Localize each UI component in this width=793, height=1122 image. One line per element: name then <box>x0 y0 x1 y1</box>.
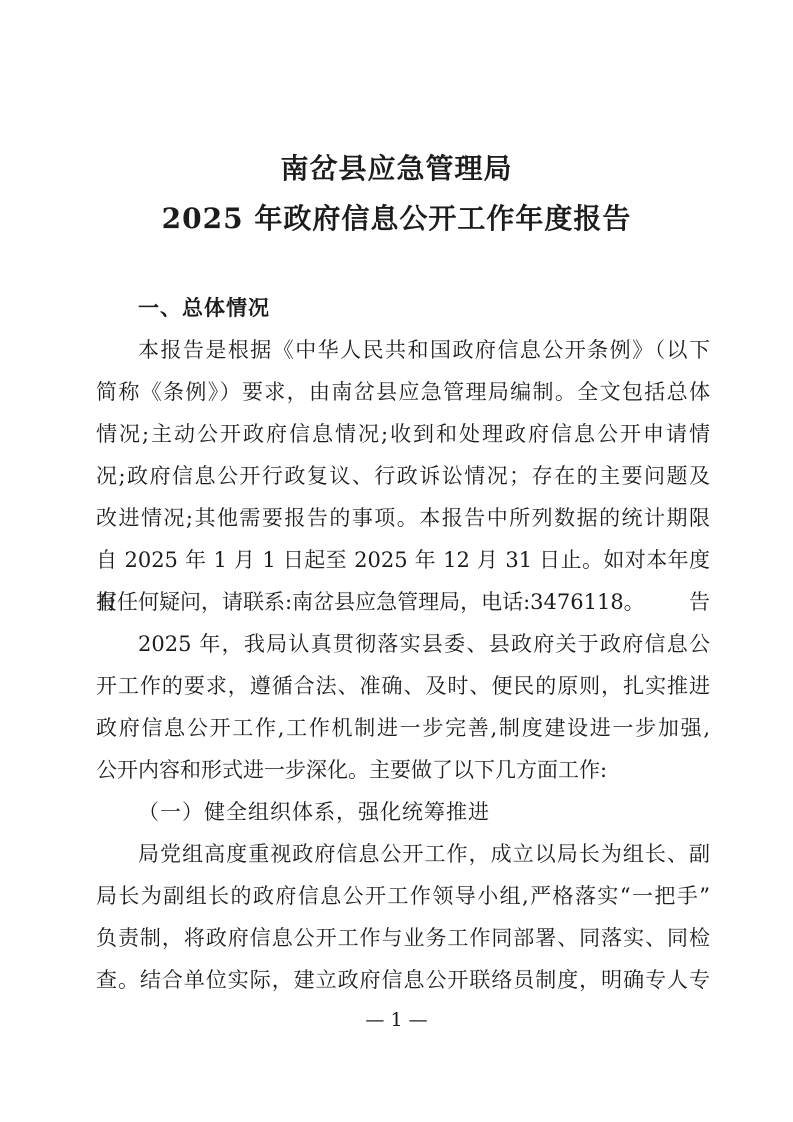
document-body: 一、总体情况 本报告是根据《中华人民共和国政府信息公开条例》（以下 简称《条例》… <box>96 287 710 1001</box>
paragraph-line: 局长为副组长的政府信息公开工作领导小组,严格落实“一把手” <box>96 875 710 917</box>
paragraph-line: 政府信息公开工作,工作机制进一步完善,制度建设进一步加强, <box>96 707 710 749</box>
paragraph-line: 2025 年，我局认真贯彻落实县委、县政府关于政府信息公 <box>96 623 710 665</box>
paragraph-line: 查。结合单位实际，建立政府信息公开联络员制度，明确专人专 <box>96 959 710 1001</box>
paragraph-line: 局党组高度重视政府信息公开工作，成立以局长为组长、副 <box>96 833 710 875</box>
paragraph-2: 2025 年，我局认真贯彻落实县委、县政府关于政府信息公 开工作的要求，遵循合法… <box>96 623 710 791</box>
paragraph-line: 简称《条例》）要求，由南岔县应急管理局编制。全文包括总体 <box>96 371 710 413</box>
section-heading: 一、总体情况 <box>96 287 710 329</box>
paragraph-line: 负责制，将政府信息公开工作与业务工作同部署、同落实、同检 <box>96 917 710 959</box>
document-title: 南岔县应急管理局 2025 年政府信息公开工作年度报告 <box>0 144 793 244</box>
paragraph-line: 改进情况;其他需要报告的事项。本报告中所列数据的统计期限 <box>96 497 710 539</box>
paragraph-line: 有任何疑问，请联系:南岔县应急管理局，电话:3476118。 <box>96 581 710 623</box>
page-footer: — 1 — <box>0 1006 793 1034</box>
sub-heading: （一）健全组织体系，强化统筹推进 <box>96 791 710 833</box>
document-page: 南岔县应急管理局 2025 年政府信息公开工作年度报告 一、总体情况 本报告是根… <box>0 0 793 1122</box>
page-number: — 1 — <box>365 1009 427 1031</box>
paragraph-line: 自 2025 年 1 月 1 日起至 2025 年 12 月 31 日止。如对本… <box>96 539 710 581</box>
paragraph-line: 开工作的要求，遵循合法、准确、及时、便民的原则，扎实推进 <box>96 665 710 707</box>
paragraph-line: 况;政府信息公开行政复议、行政诉讼情况；存在的主要问题及 <box>96 455 710 497</box>
paragraph-line: 本报告是根据《中华人民共和国政府信息公开条例》（以下 <box>96 329 710 371</box>
paragraph-line: 情况;主动公开政府信息情况;收到和处理政府信息公开申请情 <box>96 413 710 455</box>
paragraph-3: 局党组高度重视政府信息公开工作，成立以局长为组长、副 局长为副组长的政府信息公开… <box>96 833 710 1001</box>
paragraph-1: 本报告是根据《中华人民共和国政府信息公开条例》（以下 简称《条例》）要求，由南岔… <box>96 329 710 623</box>
paragraph-line: 公开内容和形式进一步深化。主要做了以下几方面工作: <box>96 749 710 791</box>
title-line-2: 2025 年政府信息公开工作年度报告 <box>0 194 793 244</box>
title-line-1: 南岔县应急管理局 <box>0 144 793 194</box>
